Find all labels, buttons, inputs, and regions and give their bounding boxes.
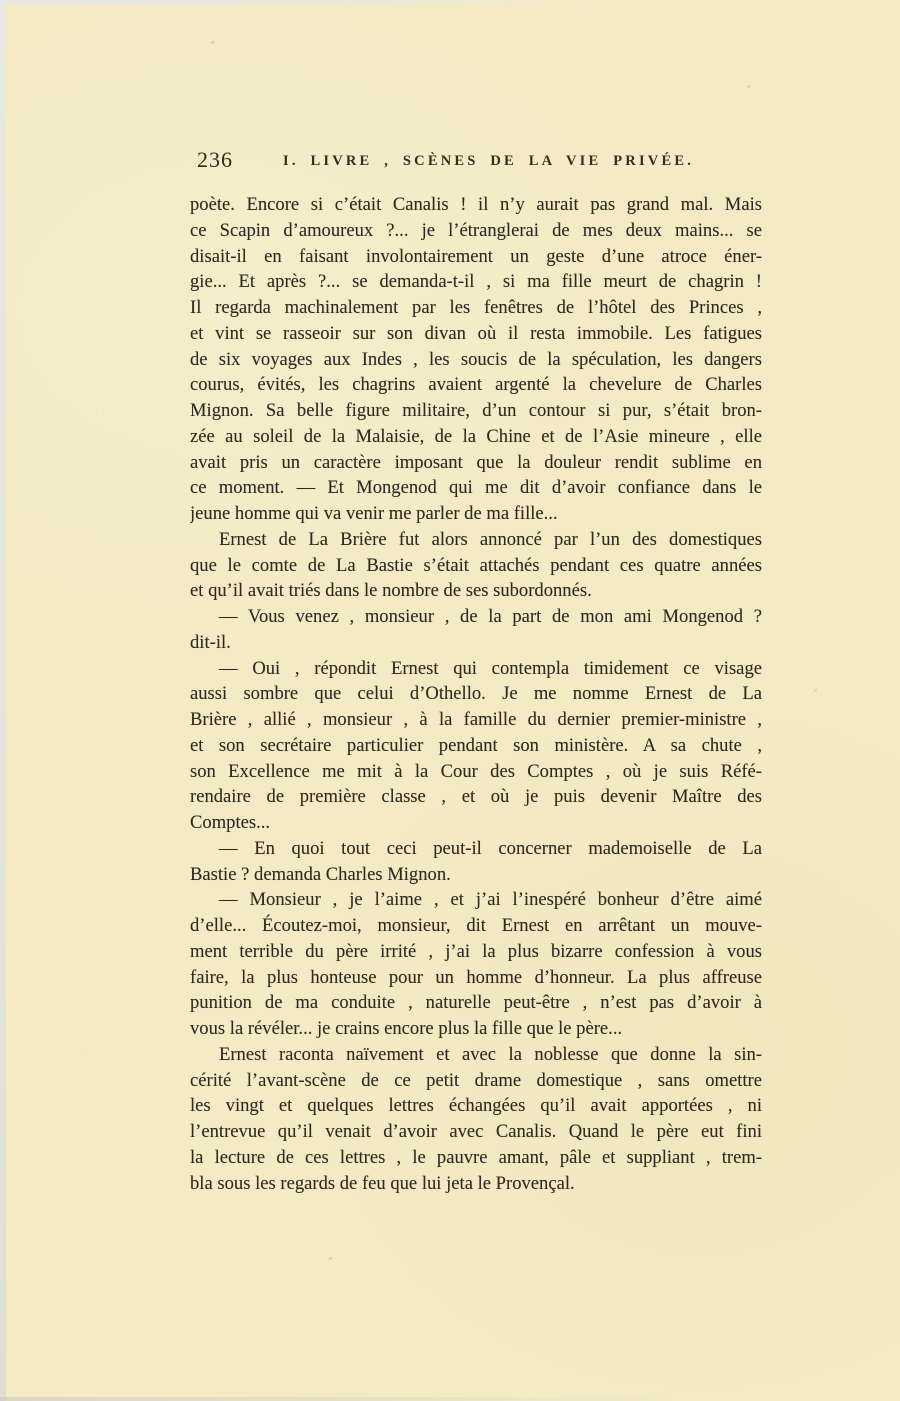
text-line: son Excellence me mit à la Cour des Comp… (190, 759, 762, 785)
text-line: Mignon. Sa belle figure militaire, d’un … (190, 398, 762, 424)
text-line: les vingt et quelques lettres échangées … (190, 1093, 762, 1119)
running-header: I. LIVRE , SCÈNES DE LA VIE PRIVÉE. (283, 153, 763, 170)
text-line: jeune homme qui va venir me parler de ma… (190, 501, 762, 527)
text-line: et qu’il avait triés dans le nombre de s… (190, 578, 762, 604)
scan-edge-bottom (0, 1397, 900, 1401)
text-line: — Monsieur , je l’aime , et j’ai l’inesp… (190, 887, 762, 913)
text-line: ment terrible du père irrité , j’ai la p… (190, 939, 762, 965)
text-line: Brière , allié , monsieur , à la famille… (190, 707, 762, 733)
text-line: dit-il. (190, 630, 762, 656)
text-line: la lecture de ces lettres , le pauvre am… (190, 1145, 762, 1171)
text-line: — Oui , répondit Ernest qui contempla ti… (190, 656, 762, 682)
text-line: zée au soleil de la Malaisie, de la Chin… (190, 424, 762, 450)
text-line: Ernest de La Brière fut alors annoncé pa… (190, 527, 762, 553)
text-line: et son secrétaire particulier pendant so… (190, 733, 762, 759)
text-line: — Vous venez , monsieur , de la part de … (190, 604, 762, 630)
text-line: Bastie ? demanda Charles Mignon. (190, 862, 762, 888)
text-line: punition de ma conduite , naturelle peut… (190, 990, 762, 1016)
text-line: l’entrevue qu’il venait d’avoir avec Can… (190, 1119, 762, 1145)
text-line: d’elle... Écoutez-moi, monsieur, dit Ern… (190, 913, 762, 939)
paper-speckles (0, 0, 1, 1)
text-line: de six voyages aux Indes , les soucis de… (190, 347, 762, 373)
text-line: bla sous les regards de feu que lui jeta… (190, 1171, 762, 1197)
text-line: Il regarda machinalement par les fenêtre… (190, 295, 762, 321)
text-line: — En quoi tout ceci peut-il concerner ma… (190, 836, 762, 862)
text-line: que le comte de La Bastie s’était attach… (190, 553, 762, 579)
scan-edge-left (0, 0, 6, 1401)
text-line: faire, la plus honteuse pour un homme d’… (190, 965, 762, 991)
text-line: rendaire de première classe , et où je p… (190, 784, 762, 810)
text-line: ce Scapin d’amoureux ?... je l’étrangler… (190, 218, 762, 244)
text-line: vous la révéler... je crains encore plus… (190, 1016, 762, 1042)
text-line: Comptes... (190, 810, 762, 836)
text-line: ce moment. — Et Mongenod qui me dit d’av… (190, 475, 762, 501)
book-page-scan: 236 I. LIVRE , SCÈNES DE LA VIE PRIVÉE. … (0, 0, 900, 1401)
text-line: aussi sombre que celui d’Othello. Je me … (190, 681, 762, 707)
page-number: 236 (197, 147, 233, 173)
scan-edge-top (0, 0, 900, 5)
text-line: poète. Encore si c’était Canalis ! il n’… (190, 192, 762, 218)
body-text: poète. Encore si c’était Canalis ! il n’… (190, 192, 762, 1196)
text-line: et vint se rasseoir sur son divan où il … (190, 321, 762, 347)
text-line: gie... Et après ?... se demanda-t-il , s… (190, 269, 762, 295)
text-line: avait pris un caractère imposant que la … (190, 450, 762, 476)
text-line: cérité l’avant-scène de ce petit drame d… (190, 1068, 762, 1094)
text-line: disait-il en faisant involontairement un… (190, 244, 762, 270)
text-line: Ernest raconta naïvement et avec la nobl… (190, 1042, 762, 1068)
text-line: courus, évités, les chagrins avaient arg… (190, 372, 762, 398)
